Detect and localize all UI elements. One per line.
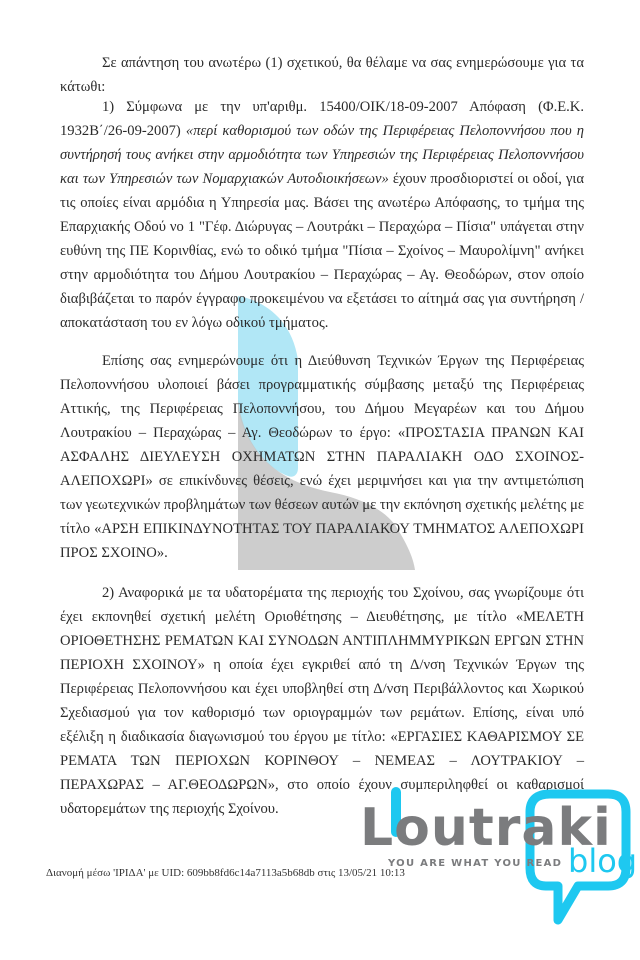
logo-tagline: YOU ARE WHAT YOU READ (388, 858, 562, 869)
logo-blog-word: blog (568, 842, 637, 880)
project-info-text: Επίσης σας ενημερώνουμε ότι η Διεύθυνση … (60, 349, 584, 565)
document-page: Σε απάντηση του ανωτέρω (1) σχετικού, θα… (0, 0, 640, 960)
project-info-paragraph: Επίσης σας ενημερώνουμε ότι η Διεύθυνση … (60, 349, 584, 565)
section-1-body: έχουν προσδιοριστεί οι οδοί, για τις οπο… (60, 171, 584, 331)
intro-paragraph: Σε απάντηση του ανωτέρω (1) σχετικού, θα… (60, 51, 584, 99)
loutraki-blog-logo: Loutraki YOU ARE WHAT YOU READ blog (340, 780, 640, 950)
section-1-paragraph: 1) Σύμφωνα με την υπ'αριθμ. 15400/ΟΙΚ/18… (60, 95, 584, 335)
intro-text: Σε απάντηση του ανωτέρω (1) σχετικού, θα… (60, 51, 584, 99)
